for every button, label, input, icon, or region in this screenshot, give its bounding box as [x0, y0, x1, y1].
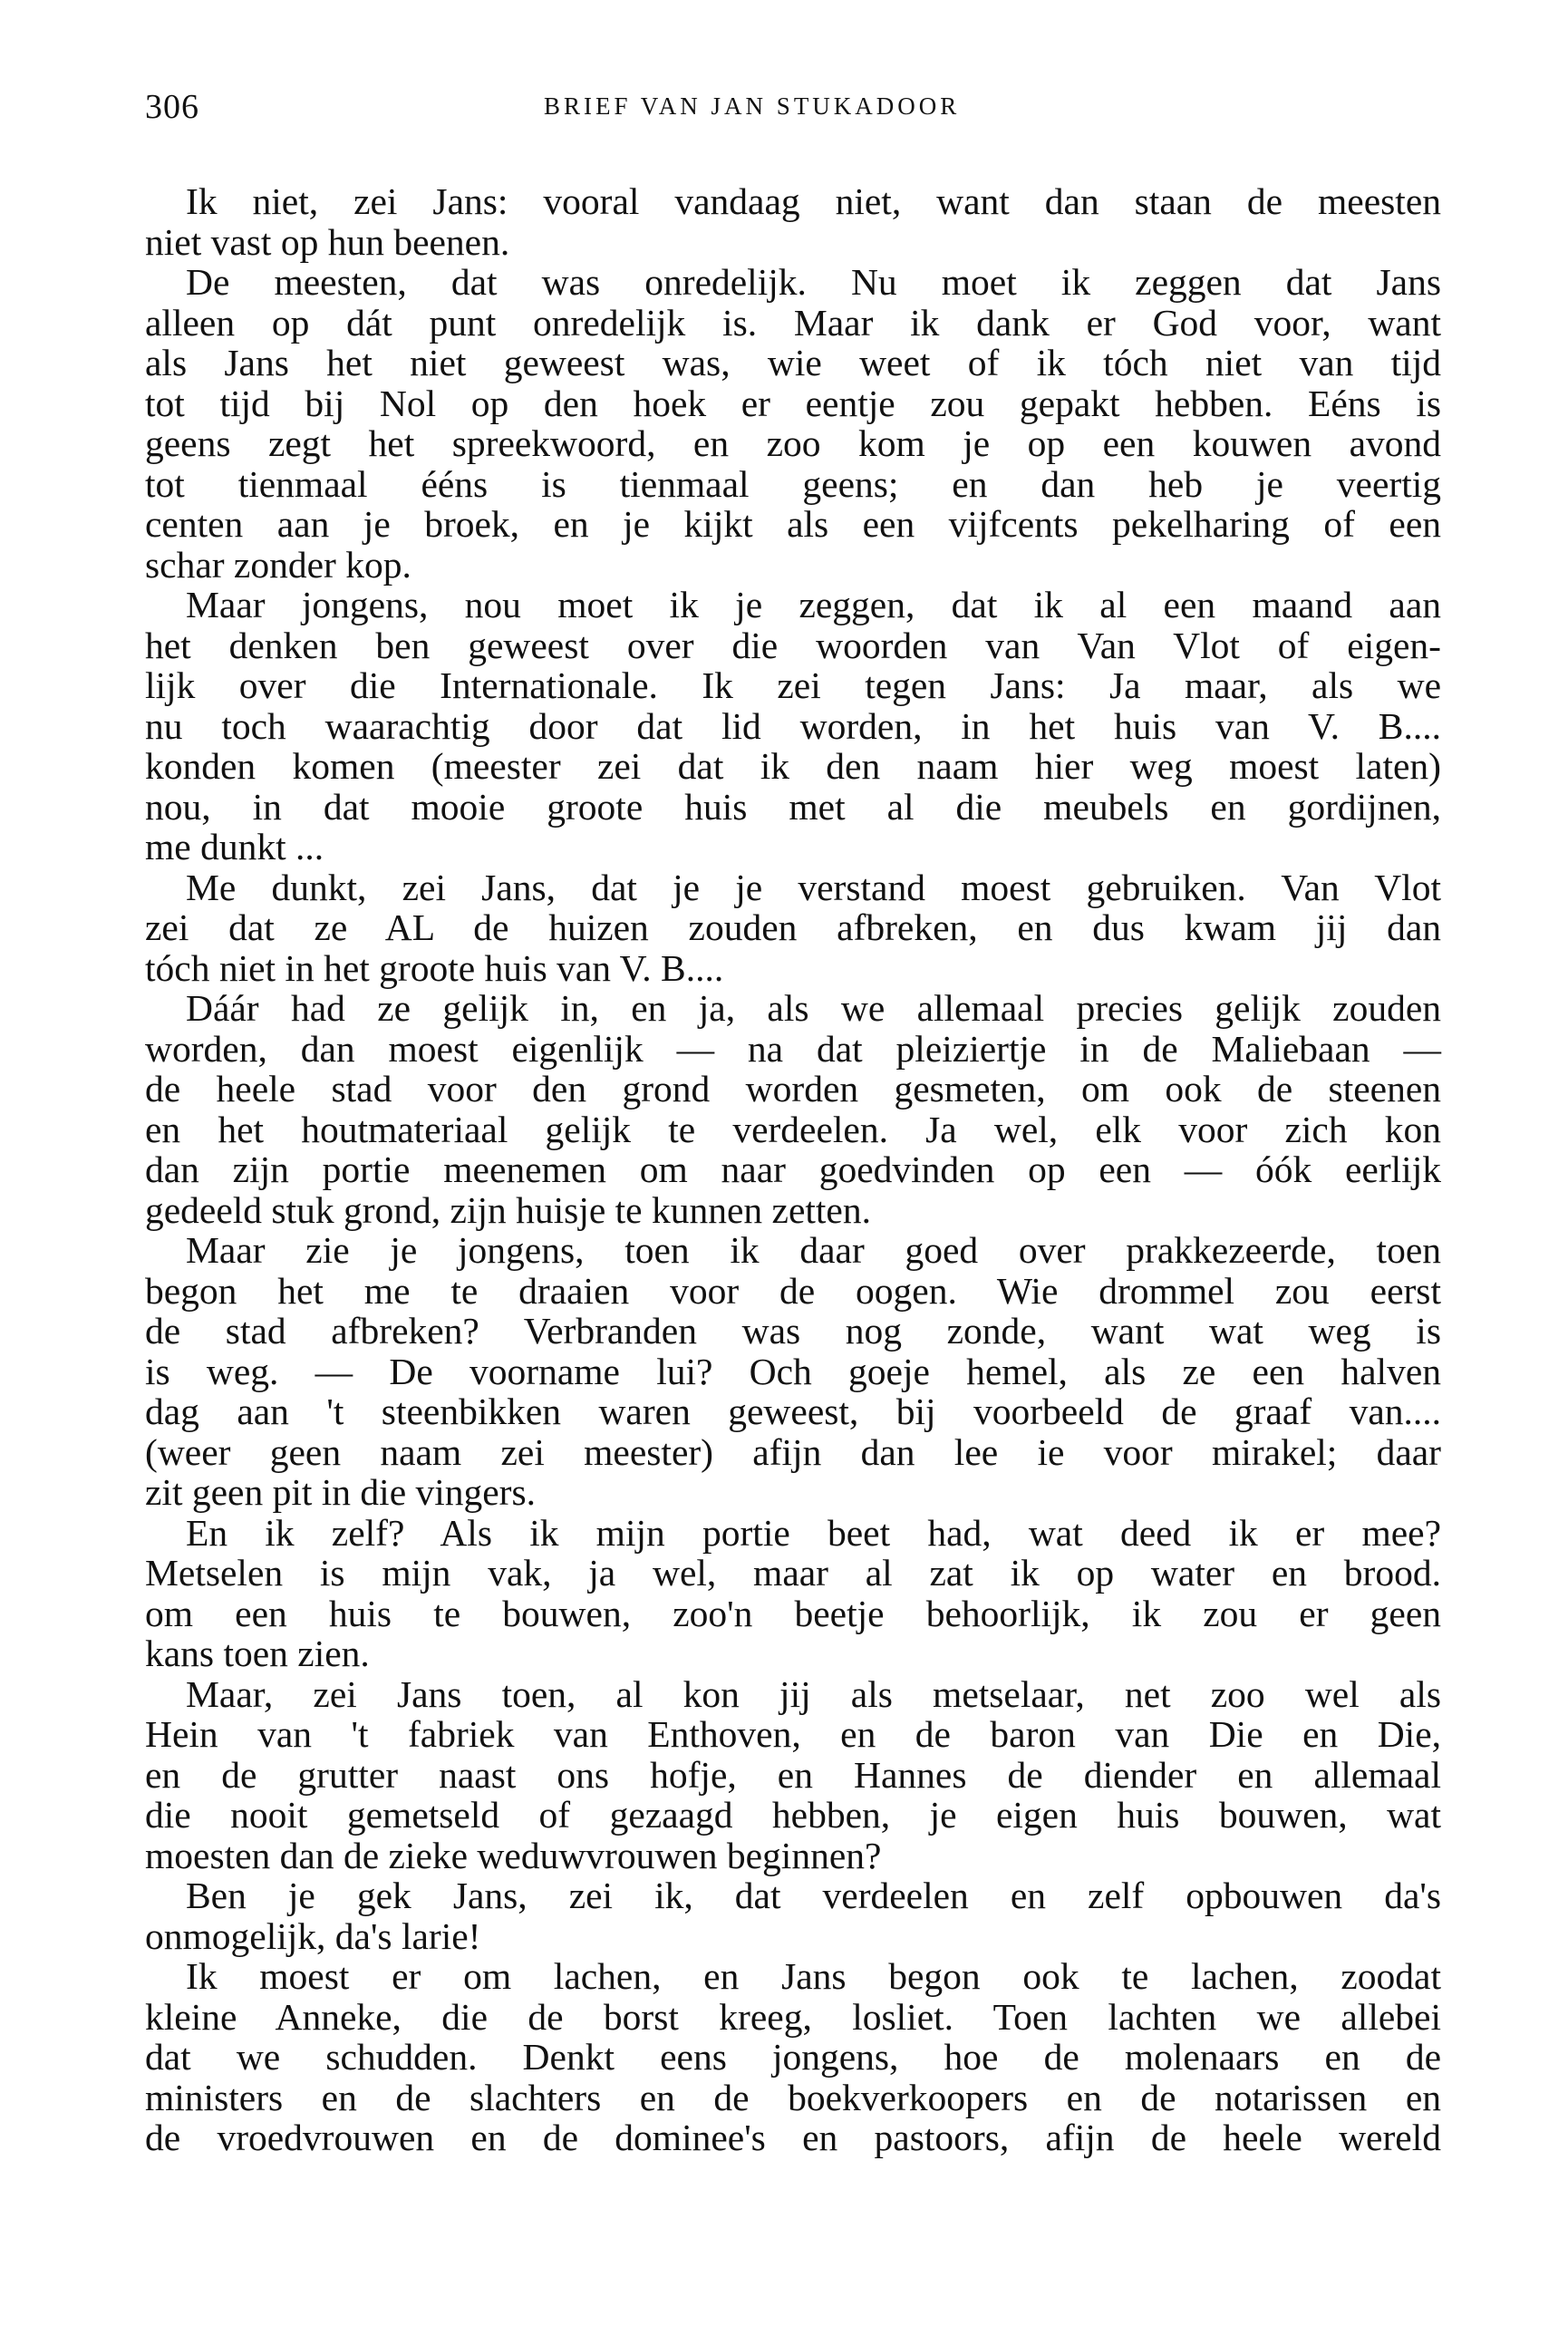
text-line: de stad afbreken? Verbranden was nog zon…	[145, 1311, 1441, 1352]
text-line: Me dunkt, zei Jans, dat je je verstand m…	[145, 867, 1441, 908]
text-line: alleen op dát punt onredelijk is. Maar i…	[145, 303, 1441, 344]
text-line: moesten dan de zieke weduwvrouwen beginn…	[145, 1836, 1441, 1876]
text-line: centen aan je broek, en je kijkt als een…	[145, 504, 1441, 545]
text-line: De meesten, dat was onredelijk. Nu moet …	[145, 262, 1441, 303]
text-line: tot tienmaal ééns is tienmaal geens; en …	[145, 464, 1441, 505]
running-title: BRIEF VAN JAN STUKADOOR	[544, 92, 960, 121]
text-line: als Jans het niet geweest was, wie weet …	[145, 343, 1441, 383]
text-line: Ben je gek Jans, zei ik, dat verdeelen e…	[145, 1875, 1441, 1916]
text-line: worden, dan moest eigenlijk — na dat ple…	[145, 1029, 1441, 1070]
text-line: dan zijn portie meenemen om naar goedvin…	[145, 1149, 1441, 1190]
text-line: die nooit gemetseld of gezaagd hebben, j…	[145, 1795, 1441, 1836]
text-line: onmogelijk, da's larie!	[145, 1916, 1441, 1957]
text-line: Ik niet, zei Jans: vooral vandaag niet, …	[145, 181, 1441, 222]
text-line: Maar jongens, nou moet ik je zeggen, dat…	[145, 585, 1441, 625]
text-line: niet vast op hun beenen.	[145, 222, 1441, 263]
text-line: tóch niet in het groote huis van V. B...…	[145, 948, 1441, 989]
text-line: om een huis te bouwen, zoo'n beetje beho…	[145, 1594, 1441, 1634]
text-line: nu toch waarachtig door dat lid worden, …	[145, 706, 1441, 747]
text-line: (weer geen naam zei meester) afijn dan l…	[145, 1432, 1441, 1473]
text-line: Hein van 't fabriek van Enthoven, en de …	[145, 1714, 1441, 1755]
text-line: geens zegt het spreekwoord, en zoo kom j…	[145, 423, 1441, 464]
text-line: Ik moest er om lachen, en Jans begon ook…	[145, 1956, 1441, 1997]
text-line: konden komen (meester zei dat ik den naa…	[145, 746, 1441, 787]
body-text: Ik niet, zei Jans: vooral vandaag niet, …	[145, 181, 1441, 2158]
text-line: de vroedvrouwen en de dominee's en pasto…	[145, 2117, 1441, 2158]
text-line: lijk over die Internationale. Ik zei teg…	[145, 665, 1441, 706]
text-line: me dunkt ...	[145, 827, 1441, 867]
text-line: en de grutter naast ons hofje, en Hannes…	[145, 1755, 1441, 1796]
text-line: Dáár had ze gelijk in, en ja, als we all…	[145, 988, 1441, 1029]
text-line: is weg. — De voorname lui? Och goeje hem…	[145, 1352, 1441, 1392]
text-line: zit geen pit in die vingers.	[145, 1472, 1441, 1513]
text-line: zei dat ze AL de huizen zouden afbreken,…	[145, 907, 1441, 948]
text-line: schar zonder kop.	[145, 545, 1441, 586]
text-line: Maar zie je jongens, toen ik daar goed o…	[145, 1230, 1441, 1271]
text-line: kleine Anneke, die de borst kreeg, losli…	[145, 1997, 1441, 2038]
text-line: dag aan 't steenbikken waren geweest, bi…	[145, 1391, 1441, 1432]
text-line: ministers en de slachters en de boekverk…	[145, 2078, 1441, 2118]
book-page: 306 BRIEF VAN JAN STUKADOOR Ik niet, zei…	[0, 0, 1568, 2345]
text-line: kans toen zien.	[145, 1633, 1441, 1674]
page-number: 306	[145, 87, 199, 127]
text-line: Metselen is mijn vak, ja wel, maar al za…	[145, 1553, 1441, 1594]
text-line: begon het me te draaien voor de oogen. W…	[145, 1271, 1441, 1312]
text-line: tot tijd bij Nol op den hoek er eentje z…	[145, 383, 1441, 424]
text-line: de heele stad voor den grond worden gesm…	[145, 1069, 1441, 1110]
text-line: Maar, zei Jans toen, al kon jij als mets…	[145, 1674, 1441, 1715]
text-line: gedeeld stuk grond, zijn huisje te kunne…	[145, 1190, 1441, 1231]
text-line: En ik zelf? Als ik mijn portie beet had,…	[145, 1513, 1441, 1554]
text-line: nou, in dat mooie groote huis met al die…	[145, 787, 1441, 828]
running-head: 306 BRIEF VAN JAN STUKADOOR	[145, 87, 1441, 123]
text-line: en het houtmateriaal gelijk te verdeelen…	[145, 1110, 1441, 1150]
text-line: dat we schudden. Denkt eens jongens, hoe…	[145, 2037, 1441, 2078]
text-line: het denken ben geweest over die woorden …	[145, 625, 1441, 666]
